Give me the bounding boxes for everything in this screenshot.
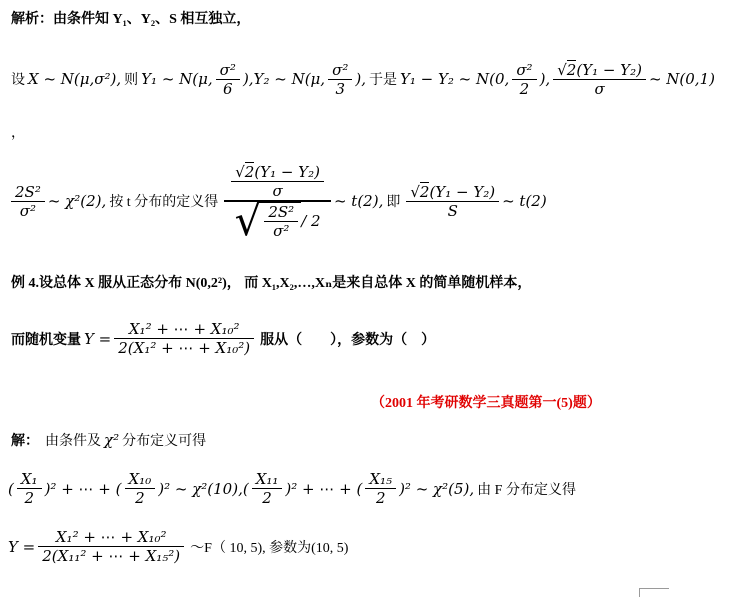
f-distribution-result-line: Y = X₁² + ⋯ + X₁₀² 2(X₁₁² + ⋯ + X₁₅²) ～F… [8, 528, 351, 565]
t-distribution-line: 2S² σ² ~ χ²(2), 按 t 分布的定义得 √2(Y₁ − Y₂) σ… [8, 162, 547, 240]
cn-by-t-definition: 按 t 分布的定义得 [109, 191, 218, 211]
divide-by-2: / 2 [301, 212, 320, 230]
math-chi2-symbol: χ² [104, 431, 119, 449]
example-4-text: 例 4.设总体 X 服从正态分布 N(0,2²)， 而 X₁,X₂,…,Xₙ是来… [11, 272, 531, 292]
math-sum-1: )² + ⋯ + ( [45, 480, 122, 498]
math-close2: ), [540, 70, 551, 88]
fraction-sqrt2-diff-over-sigma: √2(Y₁ − Y₂) σ [553, 60, 646, 98]
math-sum-2: )² + ⋯ + ( [285, 480, 362, 498]
cn-solution: 解： [11, 430, 39, 450]
math-x-normal: X ~ N(μ,σ²), [28, 70, 121, 88]
fraction-y-definition: X₁² + ⋯ + X₁₀² 2(X₁² + ⋯ + X₁₀²) [114, 320, 254, 357]
solution-heading-line: 解： 由条件及 χ² 分布定义可得 [8, 430, 209, 450]
math-t2: ~ t(2), [334, 192, 383, 210]
cn-f-parameters: ～F（ 10, 5), 参数为(10, 5) [190, 537, 348, 557]
fraction-sigma2-2: σ² 2 [512, 61, 536, 98]
fraction-x11-2: X₁₁ 2 [252, 470, 283, 507]
fraction-sqrt2-diff-over-sigma-nested: √2(Y₁ − Y₂) σ [231, 162, 324, 200]
cn-therefore: 于是 [369, 69, 397, 89]
source-citation: （2001 年考研数学三真题第一(5)题） [368, 392, 604, 412]
page-corner-mark [639, 588, 669, 597]
fraction-x10-2: X₁₀ 2 [125, 470, 156, 507]
math-std-normal: ~ N(0,1) [649, 70, 715, 88]
fraction-x1-2: X₁ 2 [17, 470, 42, 507]
math-open-paren: ( [8, 480, 14, 498]
fraction-x15-2: X₁₅ 2 [365, 470, 396, 507]
sqrt-denominator: √ 2S² σ² / 2 [235, 202, 321, 240]
cn-follows-blank: 服从（ ），参数为（ ） [260, 329, 435, 349]
cn-by-condition: 由条件及 [45, 430, 101, 450]
fraction-sigma2-6: σ² 6 [216, 61, 240, 98]
citation-text: （2001 年考研数学三真题第一(5)题） [371, 392, 601, 412]
comma-line: ， [8, 122, 28, 142]
analysis-text: 解析：由条件知 Y₁、Y₂、S 相互独立， [11, 8, 250, 28]
radical-icon: √ [235, 163, 245, 181]
normal-distribution-line: 设 X ~ N(μ,σ²), 则 Y₁ ~ N(μ, σ² 6 ),Y₂ ~ N… [8, 60, 715, 98]
math-y-equals-final: Y = [8, 538, 35, 556]
math-y1-normal: Y₁ ~ N(μ, [141, 70, 213, 88]
example-4-statement: 例 4.设总体 X 服从正态分布 N(0,2²)， 而 X₁,X₂,…,Xₙ是来… [8, 272, 534, 292]
cn-let: 设 [11, 69, 25, 89]
math-y2-normal: ),Y₂ ~ N(μ, [243, 70, 325, 88]
fraction-2s2-sigma2: 2S² σ² [11, 183, 45, 220]
cn-definition-gives: 分布定义可得 [122, 430, 206, 450]
math-chi2-5: )² ~ χ²(5), [399, 480, 474, 498]
math-diff-normal: Y₁ − Y₂ ~ N(0, [400, 70, 509, 88]
y-definition-line: 而随机变量 Y = X₁² + ⋯ + X₁₀² 2(X₁² + ⋯ + X₁₀… [8, 320, 438, 357]
math-t2-final: ~ t(2) [502, 192, 547, 210]
radical-icon: √ [557, 61, 567, 79]
t-ratio-fraction: √2(Y₁ − Y₂) σ √ 2S² σ² / 2 [224, 162, 331, 240]
radical-icon: √ [235, 203, 262, 239]
chi-square-sums-line: ( X₁ 2 )² + ⋯ + ( X₁₀ 2 )² ~ χ²(10),( X₁… [8, 470, 579, 507]
fraction-2s2-sigma2-nested: 2S² σ² [264, 203, 298, 240]
fraction-f-ratio: X₁² + ⋯ + X₁₀² 2(X₁₁² + ⋯ + X₁₅²) [38, 528, 184, 565]
math-close: ), [355, 70, 366, 88]
math-y-equals: Y = [84, 330, 111, 348]
cn-that-is: 即 [386, 191, 400, 211]
fraction-sigma2-3: σ² 3 [328, 61, 352, 98]
fraction-sqrt2-diff-over-s: √2(Y₁ − Y₂) S [406, 182, 499, 220]
cn-by-f-definition: 由 F 分布定义得 [477, 479, 576, 499]
cn-then: 则 [124, 69, 138, 89]
cn-random-variable: 而随机变量 [11, 329, 81, 349]
radical-icon: √ [410, 183, 420, 201]
math-chi2-2: ~ χ²(2), [48, 192, 106, 210]
solution-intro-line: 解析：由条件知 Y₁、Y₂、S 相互独立， [8, 8, 253, 28]
comma-text: ， [11, 122, 25, 142]
math-chi2-10: )² ~ χ²(10),( [158, 480, 248, 498]
